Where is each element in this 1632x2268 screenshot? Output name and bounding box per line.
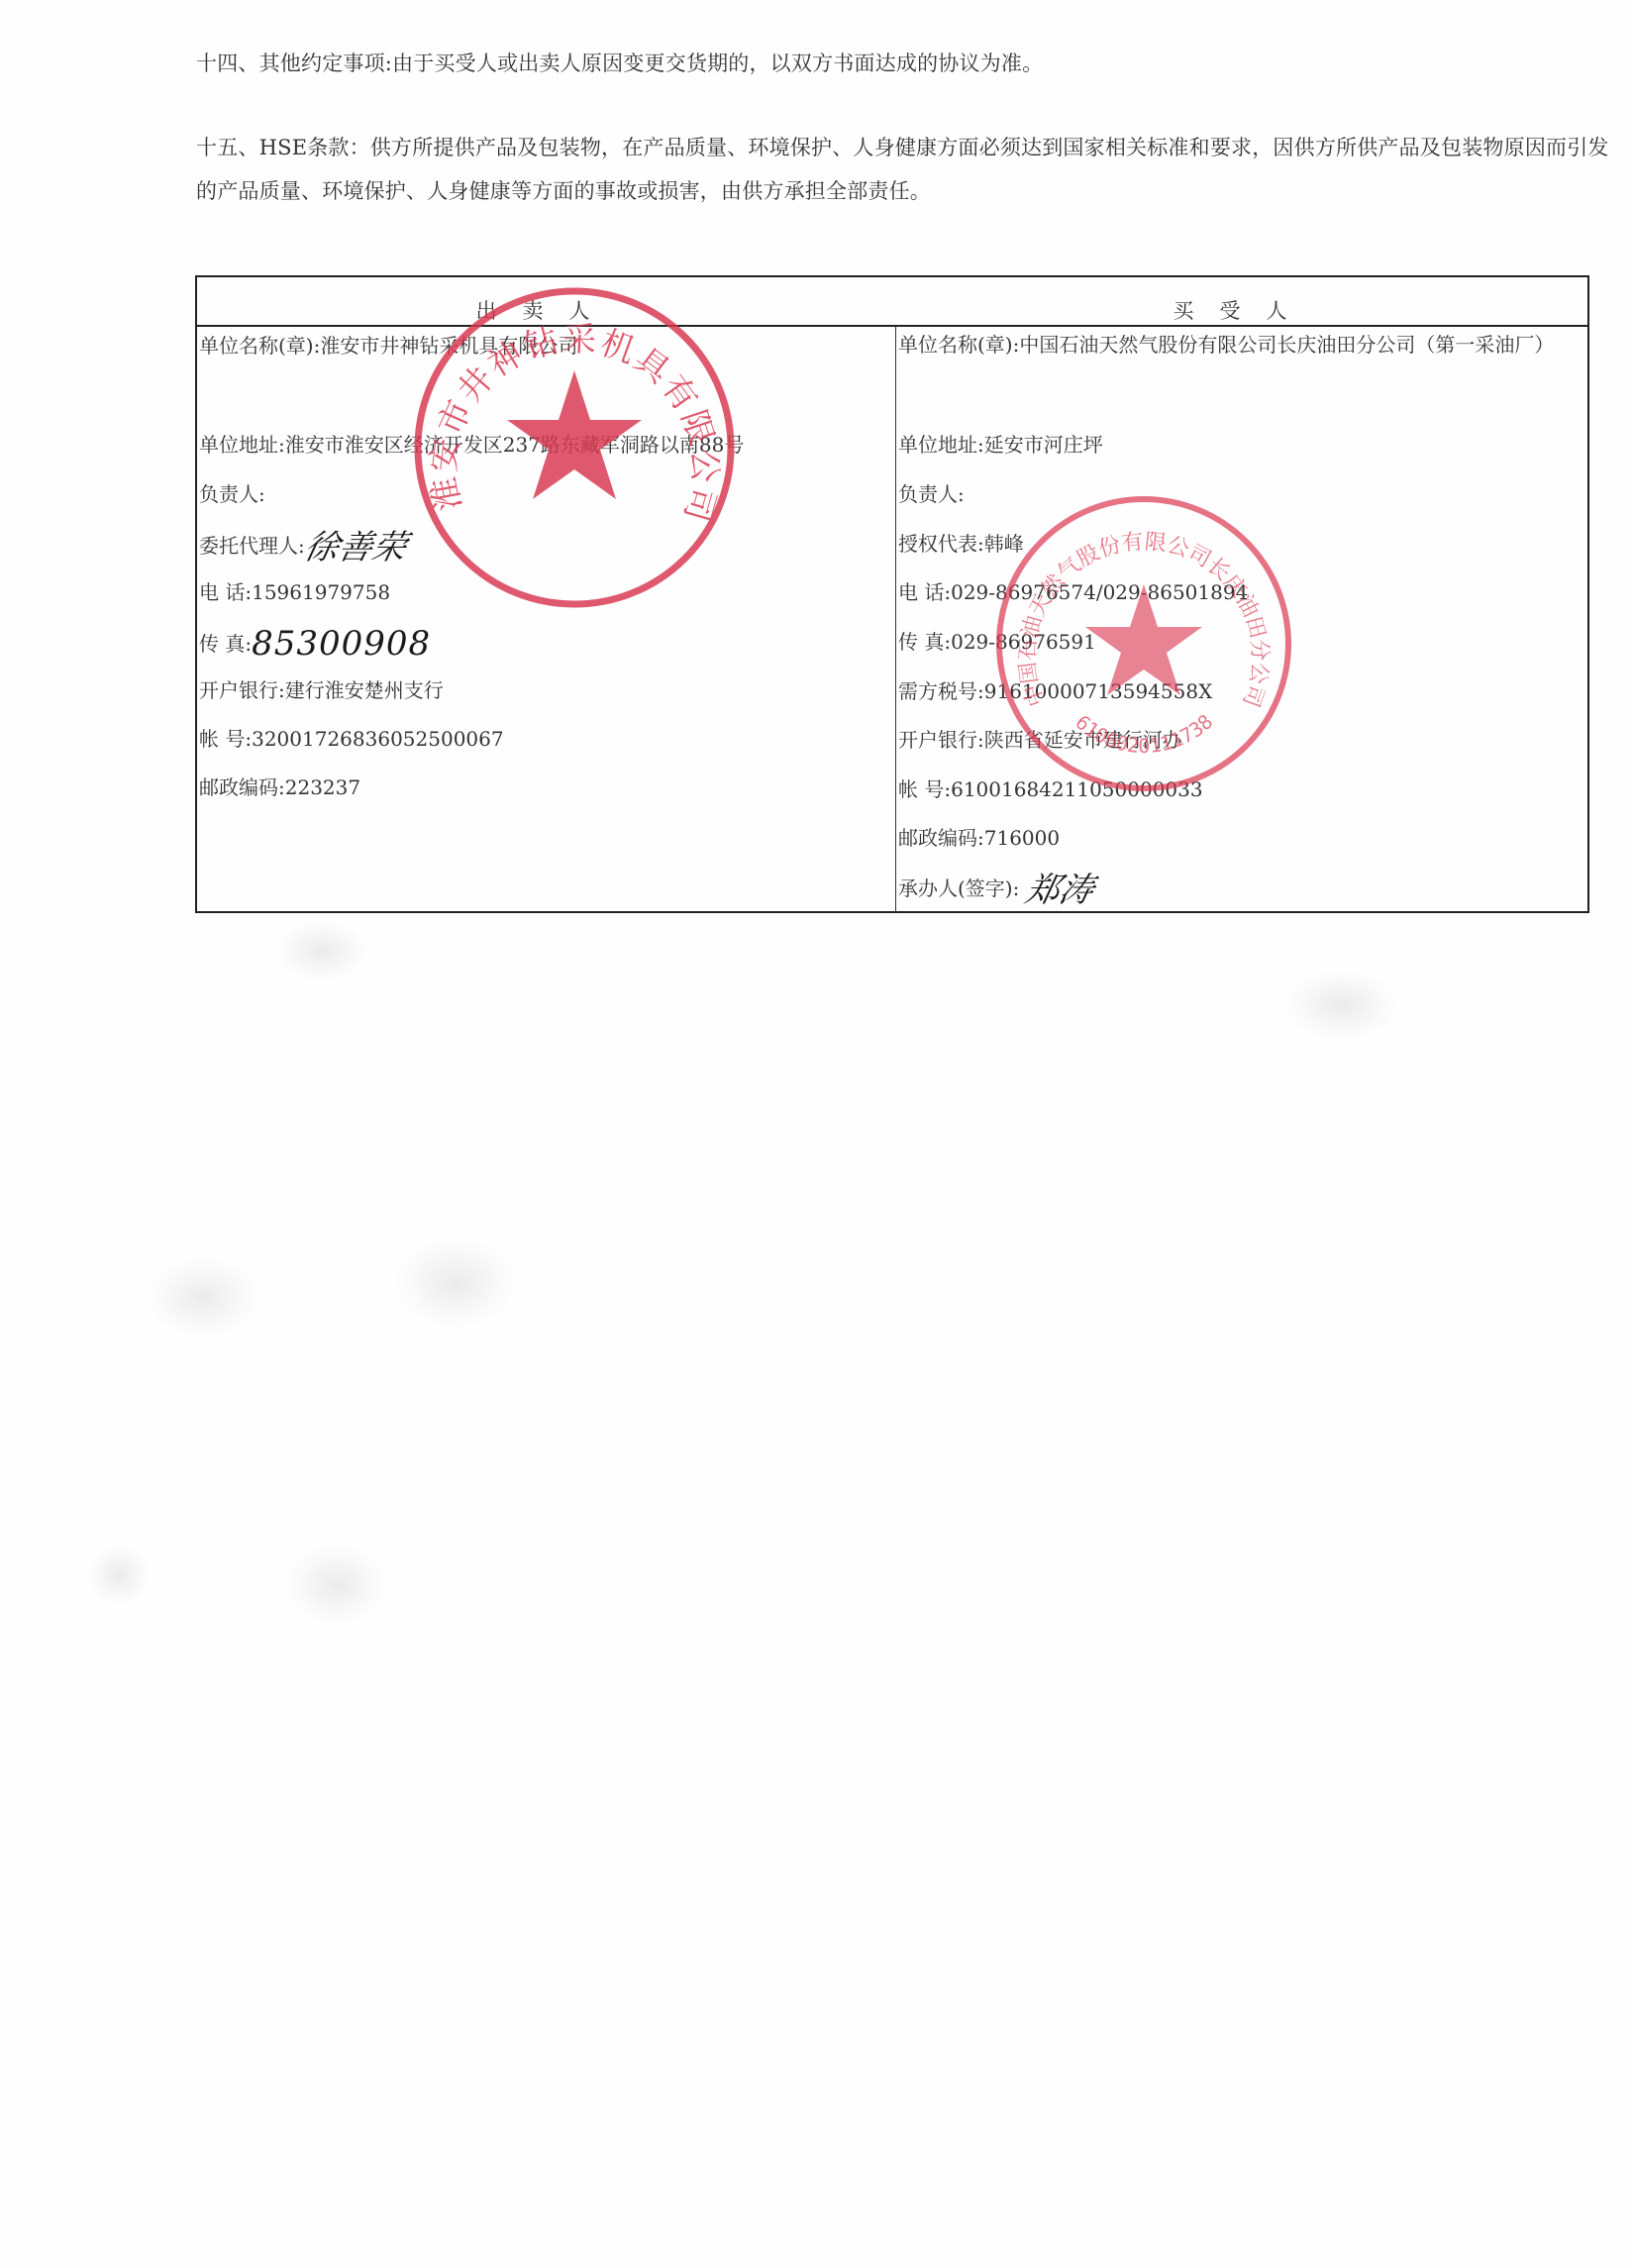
seller-agent-signature: 徐善荣 [302, 535, 409, 561]
seller-fax-field: 传 真:85300908 [199, 627, 431, 657]
buyer-tax-label: 需方税号: [898, 679, 984, 703]
buyer-account-field: 帐 号:61001684211050000033 [898, 776, 1203, 802]
seller-phone-label: 电 话: [199, 580, 252, 604]
buyer-bank-value: 陕西省延安市建行河办 [984, 728, 1182, 752]
buyer-fax-field: 传 真:029-86976591 [898, 629, 1096, 655]
buyer-principal-field: 负责人: [898, 481, 965, 507]
seller-phone-value: 15961979758 [252, 580, 390, 604]
buyer-phone-field: 电 话:029-86976574/029-86501894 [898, 579, 1248, 605]
seller-address-value: 淮安市淮安区经济开发区237路东藏军洞路以南88号 [285, 433, 745, 457]
seller-account-field: 帐 号:32001726836052500067 [199, 726, 504, 752]
signature-table: 出卖人 买受人 单位名称(章):淮安市井神钻采机具有限公司 单位地址:淮安市淮安… [195, 275, 1589, 913]
column-divider [895, 327, 896, 913]
buyer-phone-value: 029-86976574/029-86501894 [951, 580, 1248, 604]
seller-bank-label: 开户银行: [199, 678, 285, 702]
scan-smudge [89, 1545, 149, 1604]
buyer-tax-field: 需方税号:91610000713594558X [898, 678, 1212, 704]
buyer-rep-value: 韩峰 [984, 532, 1024, 556]
seller-postcode-field: 邮政编码:223237 [199, 774, 360, 800]
seller-principal-label: 负责人: [199, 482, 265, 506]
seller-postcode-label: 邮政编码: [199, 775, 285, 799]
seller-address-label: 单位地址: [199, 433, 285, 457]
buyer-header: 买受人 [896, 277, 1589, 325]
buyer-bank-label: 开户银行: [898, 728, 984, 752]
clause-15-hse: 十五、HSE条款：供方所提供产品及包装物，在产品质量、环境保护、人身健康方面必须… [196, 126, 1627, 213]
scan-smudge [396, 1238, 515, 1327]
buyer-phone-label: 电 话: [898, 580, 951, 604]
seller-account-label: 帐 号: [199, 727, 252, 751]
seller-fax-label: 传 真: [199, 632, 252, 656]
scan-smudge [149, 1258, 257, 1337]
buyer-account-label: 帐 号: [898, 777, 951, 801]
buyer-handler-signature: 郑涛 [1023, 877, 1096, 903]
scan-smudge [1287, 971, 1396, 1040]
buyer-address-field: 单位地址:延安市河庄坪 [898, 432, 1103, 458]
seller-fax-value: 85300908 [252, 624, 431, 664]
seller-name-field: 单位名称(章):淮安市井神钻采机具有限公司 [199, 333, 577, 359]
buyer-fax-value: 029-86976591 [951, 630, 1096, 654]
buyer-account-value: 61001684211050000033 [951, 777, 1203, 801]
buyer-handler-field: 承办人(签字): 郑涛 [898, 872, 1093, 901]
buyer-rep-field: 授权代表:韩峰 [898, 531, 1024, 557]
buyer-address-label: 单位地址: [898, 433, 984, 457]
buyer-postcode-field: 邮政编码:716000 [898, 825, 1060, 851]
buyer-handler-label: 承办人(签字): [898, 876, 1019, 900]
document-page: 十四、其他约定事项:由于买受人或出卖人原因变更交货期的，以双方书面达成的协议为准… [0, 0, 1632, 2268]
buyer-principal-label: 负责人: [898, 482, 965, 506]
table-header-row: 出卖人 买受人 [197, 277, 1587, 327]
buyer-name-label: 单位名称(章): [898, 333, 1019, 357]
seller-name-value: 淮安市井神钻采机具有限公司 [320, 334, 577, 358]
buyer-rep-label: 授权代表: [898, 532, 984, 556]
seller-principal-field: 负责人: [199, 481, 265, 507]
seller-address-field: 单位地址:淮安市淮安区经济开发区237路东藏军洞路以南88号 [199, 432, 744, 458]
scan-smudge [287, 1545, 386, 1624]
buyer-postcode-label: 邮政编码: [898, 826, 984, 850]
seller-name-label: 单位名称(章): [199, 334, 320, 358]
seller-header: 出卖人 [197, 277, 894, 325]
scan-smudge [277, 921, 366, 980]
seller-agent-field: 委托代理人:徐善荣 [199, 529, 406, 559]
buyer-tax-value: 91610000713594558X [984, 679, 1213, 703]
seller-bank-field: 开户银行:建行淮安楚州支行 [199, 677, 444, 703]
seller-account-value: 32001726836052500067 [252, 727, 504, 751]
buyer-postcode-value: 716000 [984, 826, 1060, 850]
buyer-fax-label: 传 真: [898, 630, 951, 654]
seller-bank-value: 建行淮安楚州支行 [285, 678, 444, 702]
buyer-name-value: 中国石油天然气股份有限公司长庆油田分公司（第一采油厂） [1019, 333, 1554, 357]
seller-postcode-value: 223237 [285, 775, 360, 799]
clause-14: 十四、其他约定事项:由于买受人或出卖人原因变更交货期的，以双方书面达成的协议为准… [196, 42, 1627, 85]
buyer-bank-field: 开户银行:陕西省延安市建行河办 [898, 727, 1182, 753]
buyer-name-field: 单位名称(章):中国石油天然气股份有限公司长庆油田分公司（第一采油厂） [898, 325, 1572, 364]
seller-phone-field: 电 话:15961979758 [199, 579, 390, 605]
buyer-address-value: 延安市河庄坪 [984, 433, 1103, 457]
seller-agent-label: 委托代理人: [199, 534, 305, 558]
